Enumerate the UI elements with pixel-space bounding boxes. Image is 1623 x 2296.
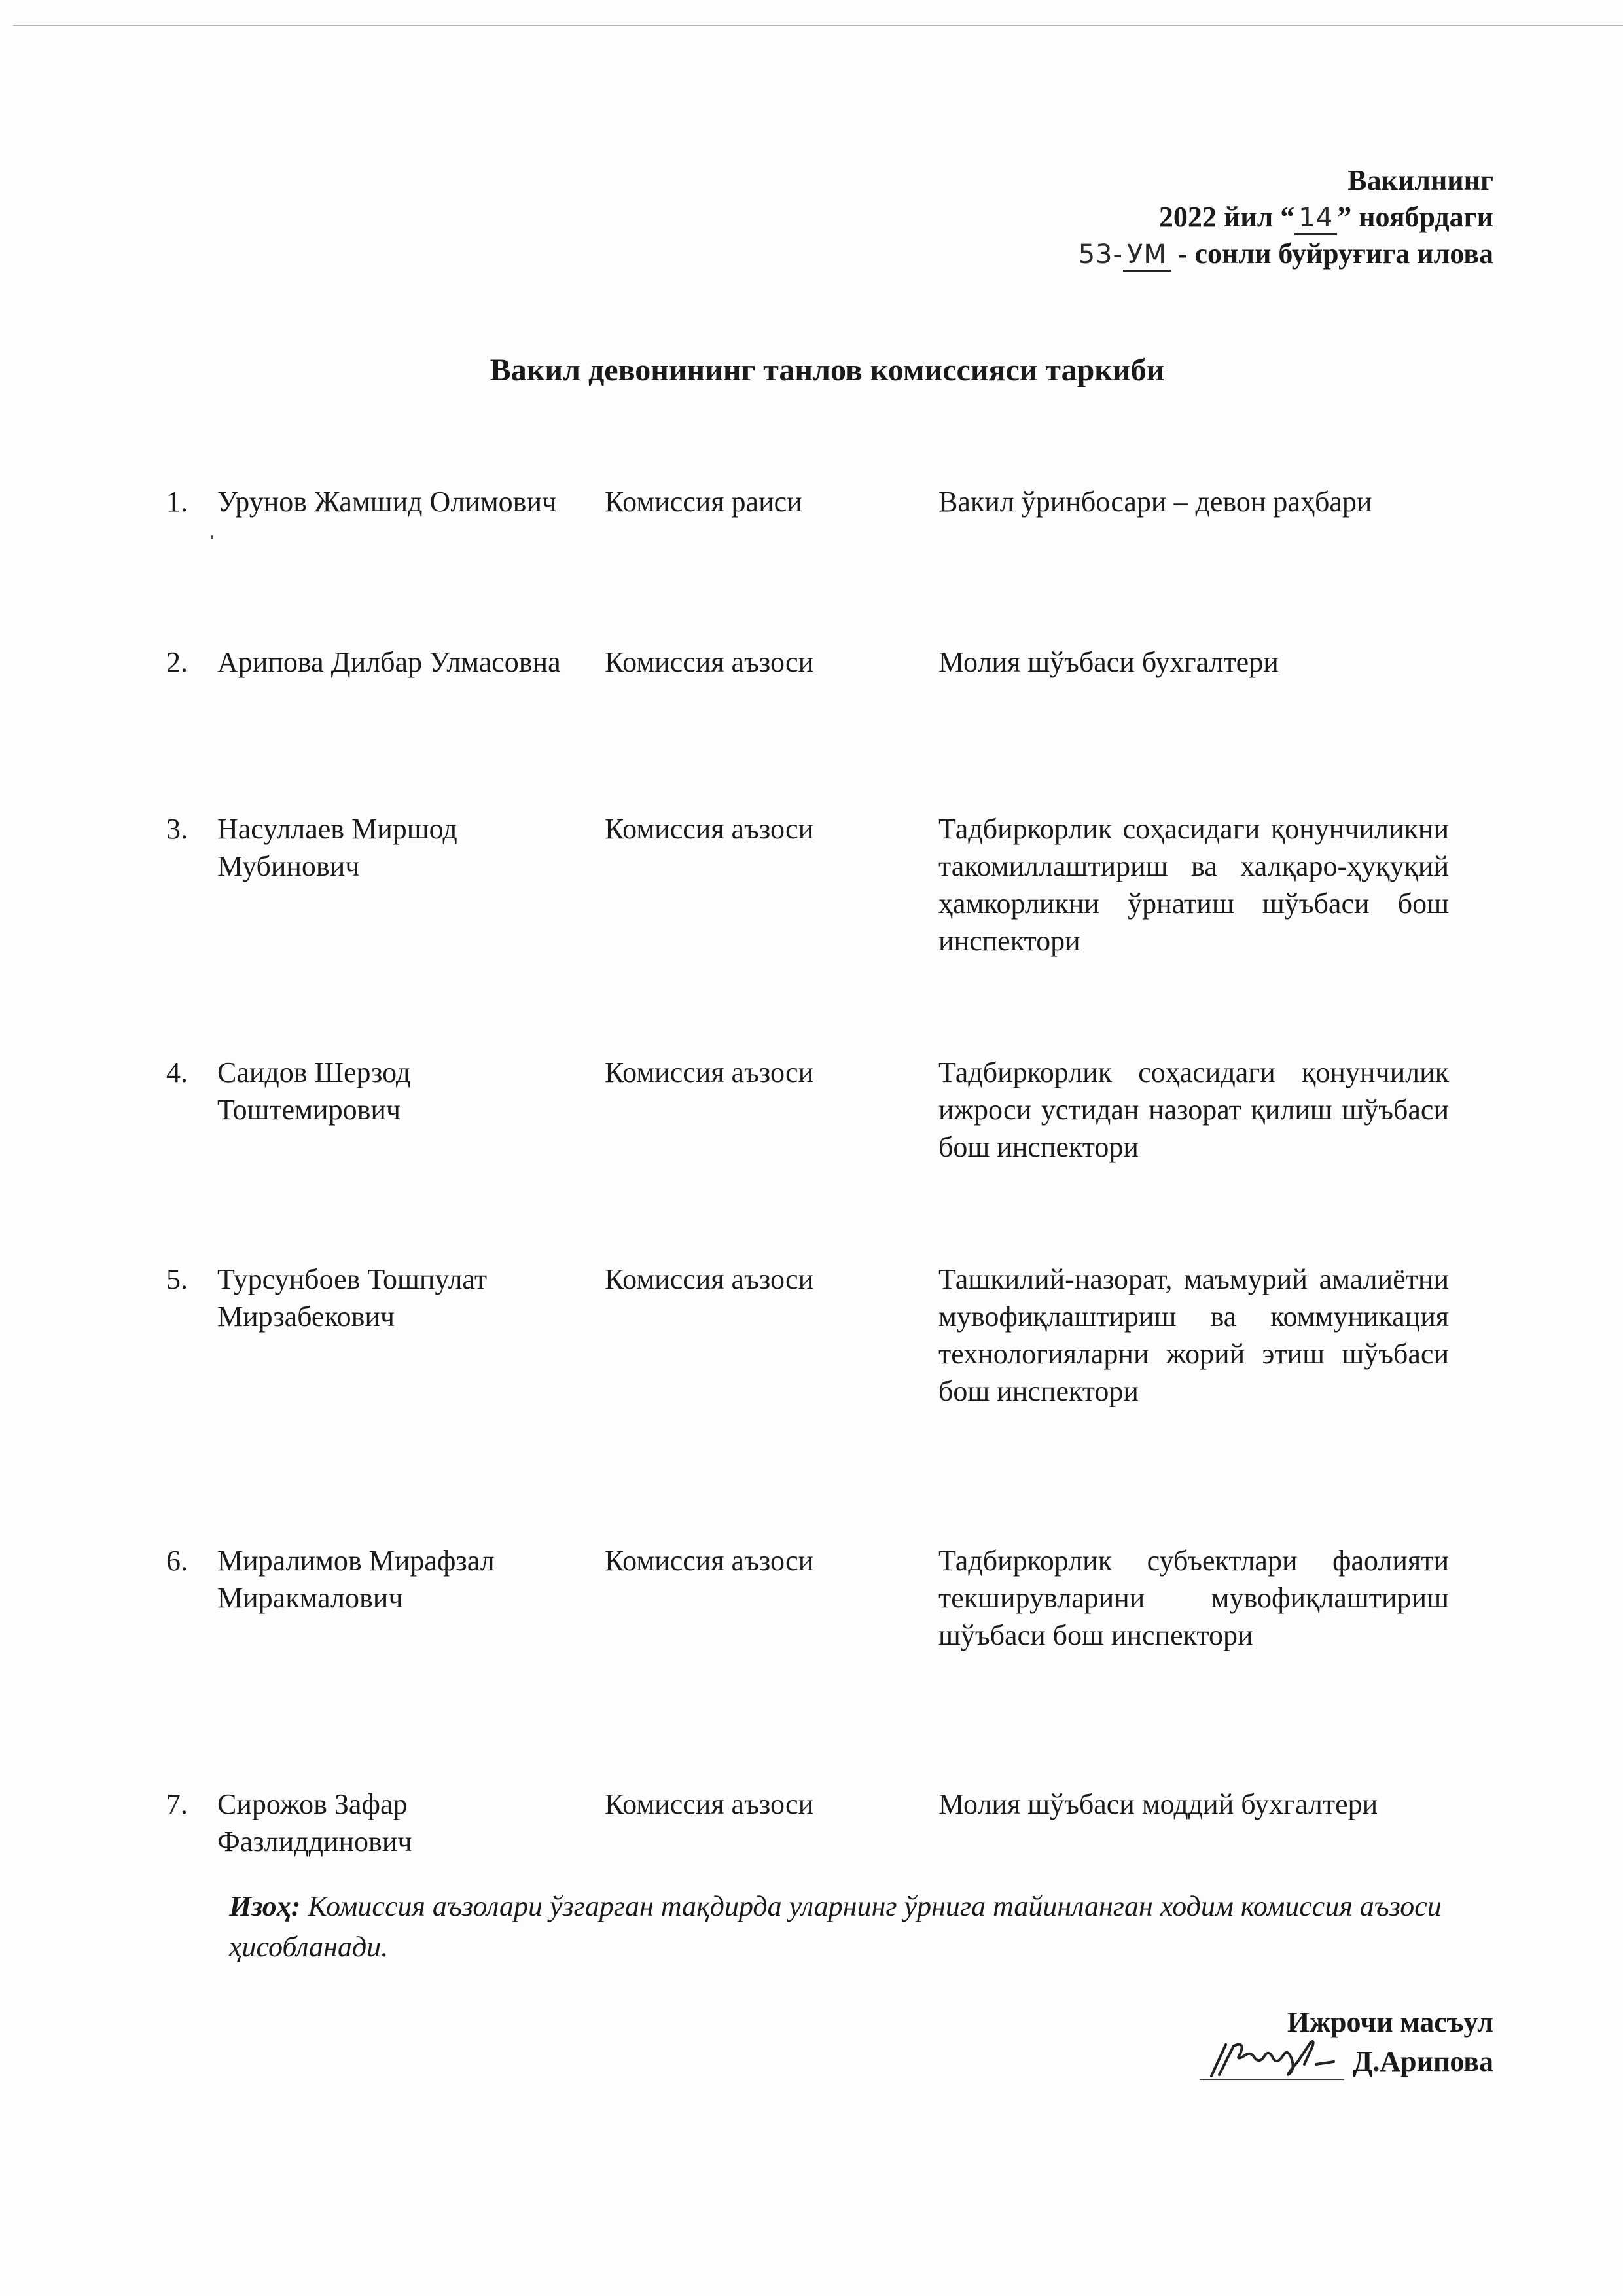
member-position: Молия шўъбаси моддий бухгалтери	[938, 1785, 1449, 1823]
member-position: Ташкилий-назорат, маъмурий амалиётни мув…	[938, 1261, 1449, 1410]
scan-edge-line	[13, 25, 1623, 26]
signature-line: Д.Арипова	[1200, 2042, 1493, 2081]
handwritten-order-prefix: 53-	[1079, 240, 1123, 270]
member-position: Тадбиркорлик соҳасидаги қонунчилик ижрос…	[938, 1054, 1449, 1166]
header-date-suffix: ” ноябрдаги	[1337, 201, 1493, 233]
member-number: 3.	[166, 810, 212, 848]
member-name: Арипова Дилбар Улмасовна	[217, 643, 571, 681]
member-name: Турсунбоев Тошпулат Мирзабекович	[217, 1261, 571, 1335]
member-position: Тадбиркорлик субъектлари фаолияти текшир…	[938, 1542, 1449, 1654]
handwritten-order-number: УМ	[1123, 240, 1171, 272]
footnote-text: Комиссия аъзолари ўзгарган тақдирда улар…	[229, 1890, 1442, 1963]
member-role: Комиссия аъзоси	[605, 1542, 919, 1579]
signature-block: Ижрочи масъул Д.Арипова	[1200, 2003, 1493, 2081]
member-number: 4.	[166, 1054, 212, 1091]
member-number: 7.	[166, 1785, 212, 1823]
member-position: Тадбиркорлик соҳасидаги қонунчиликни так…	[938, 810, 1449, 960]
member-number: 1.	[166, 483, 212, 520]
header-line-1: Вакилнинг	[1079, 162, 1493, 199]
header-date-prefix: 2022 йил “	[1159, 201, 1294, 233]
handwritten-day: 14	[1294, 203, 1337, 235]
handwritten-signature-icon	[1200, 2045, 1344, 2081]
member-role: Комиссия аъзоси	[605, 643, 919, 681]
scan-speck	[211, 535, 213, 539]
member-number: 5.	[166, 1261, 212, 1298]
header-line-3: 53-УМ - сонли буйруғига илова	[1079, 236, 1493, 273]
member-role: Комиссия аъзоси	[605, 1054, 919, 1091]
header-order-suffix: - сонли буйруғига илова	[1171, 238, 1493, 270]
member-name: Сирожов Зафар Фазлиддинович	[217, 1785, 571, 1860]
member-name: Саидов Шерзод Тоштемирович	[217, 1054, 571, 1128]
member-name: Миралимов Мирафзал Миракмалович	[217, 1542, 571, 1617]
member-role: Комиссия аъзоси	[605, 1261, 919, 1298]
header-line-2: 2022 йил “14” ноябрдаги	[1079, 199, 1493, 236]
signatory-name: Д.Арипова	[1353, 2045, 1493, 2077]
member-name: Насуллаев Миршод Мубинович	[217, 810, 571, 885]
member-position: Вакил ўринбосари – девон раҳбари	[938, 483, 1449, 520]
member-position: Молия шўъбаси бухгалтери	[938, 643, 1449, 681]
footnote-label: Изоҳ:	[229, 1890, 300, 1922]
member-number: 6.	[166, 1542, 212, 1579]
member-role: Комиссия аъзоси	[605, 810, 919, 848]
footnote: Изоҳ: Комиссия аъзолари ўзгарган тақдирд…	[229, 1886, 1492, 1967]
member-role: Комиссия аъзоси	[605, 1785, 919, 1823]
document-title: Вакил девонининг танлов комиссияси тарки…	[16, 352, 1623, 388]
appendix-header: Вакилнинг 2022 йил “14” ноябрдаги 53-УМ …	[1079, 162, 1493, 273]
member-name: Урунов Жамшид Олимович	[217, 483, 571, 520]
member-role: Комиссия раиси	[605, 483, 919, 520]
member-number: 2.	[166, 643, 212, 681]
